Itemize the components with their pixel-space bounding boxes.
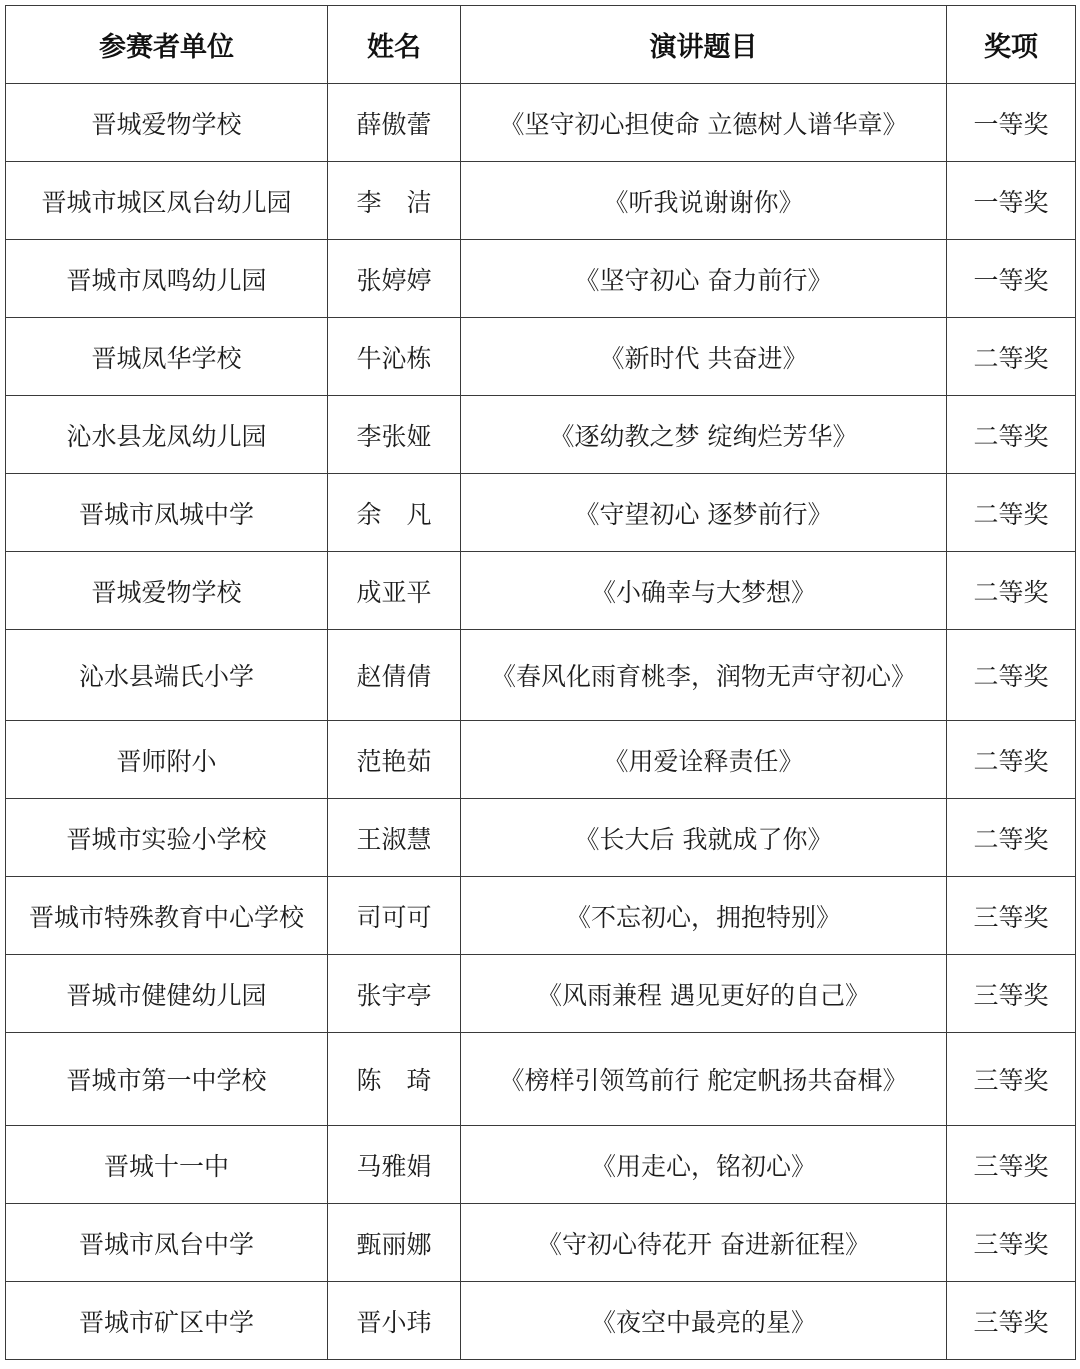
- award-cell: 三等奖: [947, 1033, 1076, 1126]
- title-cell: 《春风化雨育桃李，润物无声守初心》: [461, 630, 947, 721]
- table-row: 晋城市健健幼儿园 张宇亭 《风雨兼程 遇见更好的自己》 三等奖: [6, 955, 1076, 1033]
- table-row: 晋城爱物学校 薛傲蕾 《坚守初心担使命 立德树人谱华章》 一等奖: [6, 84, 1076, 162]
- award-cell: 二等奖: [947, 396, 1076, 474]
- table-row: 沁水县龙凤幼儿园 李张娅 《逐幼教之梦 绽绚烂芳华》 二等奖: [6, 396, 1076, 474]
- unit-cell: 沁水县端氏小学: [6, 630, 328, 721]
- unit-cell: 晋城爱物学校: [6, 84, 328, 162]
- unit-cell: 沁水县龙凤幼儿园: [6, 396, 328, 474]
- name-cell: 李 洁: [328, 162, 461, 240]
- table-row: 沁水县端氏小学 赵倩倩 《春风化雨育桃李，润物无声守初心》 二等奖: [6, 630, 1076, 721]
- unit-cell: 晋城市凤鸣幼儿园: [6, 240, 328, 318]
- name-cell: 张婷婷: [328, 240, 461, 318]
- name-cell: 范艳茹: [328, 721, 461, 799]
- award-cell: 一等奖: [947, 84, 1076, 162]
- name-cell: 赵倩倩: [328, 630, 461, 721]
- name-cell: 司可可: [328, 877, 461, 955]
- award-cell: 二等奖: [947, 552, 1076, 630]
- name-cell: 牛沁栋: [328, 318, 461, 396]
- title-cell: 《守望初心 逐梦前行》: [461, 474, 947, 552]
- table-row: 晋城市凤台中学 甄丽娜 《守初心待花开 奋进新征程》 三等奖: [6, 1204, 1076, 1282]
- name-cell: 成亚平: [328, 552, 461, 630]
- name-cell: 晋小玮: [328, 1282, 461, 1360]
- name-cell: 马雅娟: [328, 1126, 461, 1204]
- award-cell: 二等奖: [947, 721, 1076, 799]
- title-cell: 《用走心，铭初心》: [461, 1126, 947, 1204]
- table-row: 晋城市实验小学校 王淑慧 《长大后 我就成了你》 二等奖: [6, 799, 1076, 877]
- unit-cell: 晋城市第一中学校: [6, 1033, 328, 1126]
- title-cell: 《不忘初心，拥抱特别》: [461, 877, 947, 955]
- title-cell: 《用爱诠释责任》: [461, 721, 947, 799]
- award-cell: 二等奖: [947, 799, 1076, 877]
- unit-cell: 晋城市实验小学校: [6, 799, 328, 877]
- title-cell: 《坚守初心 奋力前行》: [461, 240, 947, 318]
- unit-cell: 晋城市健健幼儿园: [6, 955, 328, 1033]
- award-cell: 三等奖: [947, 955, 1076, 1033]
- title-cell: 《坚守初心担使命 立德树人谱华章》: [461, 84, 947, 162]
- table-row: 晋城市凤鸣幼儿园 张婷婷 《坚守初心 奋力前行》 一等奖: [6, 240, 1076, 318]
- unit-cell: 晋城市矿区中学: [6, 1282, 328, 1360]
- name-cell: 薛傲蕾: [328, 84, 461, 162]
- unit-cell: 晋城市凤台中学: [6, 1204, 328, 1282]
- name-cell: 余 凡: [328, 474, 461, 552]
- award-cell: 三等奖: [947, 1126, 1076, 1204]
- title-cell: 《新时代 共奋进》: [461, 318, 947, 396]
- table-row: 晋城凤华学校 牛沁栋 《新时代 共奋进》 二等奖: [6, 318, 1076, 396]
- award-cell: 三等奖: [947, 1282, 1076, 1360]
- award-cell: 二等奖: [947, 474, 1076, 552]
- table-row: 晋师附小 范艳茹 《用爱诠释责任》 二等奖: [6, 721, 1076, 799]
- unit-cell: 晋师附小: [6, 721, 328, 799]
- unit-cell: 晋城市城区凤台幼儿园: [6, 162, 328, 240]
- award-cell: 二等奖: [947, 630, 1076, 721]
- title-cell: 《听我说谢谢你》: [461, 162, 947, 240]
- header-name: 姓名: [328, 6, 461, 84]
- award-cell: 三等奖: [947, 877, 1076, 955]
- unit-cell: 晋城市凤城中学: [6, 474, 328, 552]
- name-cell: 王淑慧: [328, 799, 461, 877]
- award-cell: 二等奖: [947, 318, 1076, 396]
- table-row: 晋城市特殊教育中心学校 司可可 《不忘初心，拥抱特别》 三等奖: [6, 877, 1076, 955]
- header-row: 参赛者单位 姓名 演讲题目 奖项: [6, 6, 1076, 84]
- title-cell: 《风雨兼程 遇见更好的自己》: [461, 955, 947, 1033]
- header-unit: 参赛者单位: [6, 6, 328, 84]
- header-title: 演讲题目: [461, 6, 947, 84]
- title-cell: 《长大后 我就成了你》: [461, 799, 947, 877]
- name-cell: 李张娅: [328, 396, 461, 474]
- award-cell: 一等奖: [947, 162, 1076, 240]
- name-cell: 陈 琦: [328, 1033, 461, 1126]
- title-cell: 《榜样引领笃前行 舵定帆扬共奋楫》: [461, 1033, 947, 1126]
- unit-cell: 晋城十一中: [6, 1126, 328, 1204]
- title-cell: 《夜空中最亮的星》: [461, 1282, 947, 1360]
- table-row: 晋城市矿区中学 晋小玮 《夜空中最亮的星》 三等奖: [6, 1282, 1076, 1360]
- unit-cell: 晋城市特殊教育中心学校: [6, 877, 328, 955]
- unit-cell: 晋城凤华学校: [6, 318, 328, 396]
- award-cell: 一等奖: [947, 240, 1076, 318]
- title-cell: 《小确幸与大梦想》: [461, 552, 947, 630]
- unit-cell: 晋城爱物学校: [6, 552, 328, 630]
- award-cell: 三等奖: [947, 1204, 1076, 1282]
- title-cell: 《守初心待花开 奋进新征程》: [461, 1204, 947, 1282]
- awards-table: 参赛者单位 姓名 演讲题目 奖项 晋城爱物学校 薛傲蕾 《坚守初心担使命 立德树…: [5, 5, 1076, 1360]
- table-row: 晋城市第一中学校 陈 琦 《榜样引领笃前行 舵定帆扬共奋楫》 三等奖: [6, 1033, 1076, 1126]
- table-row: 晋城爱物学校 成亚平 《小确幸与大梦想》 二等奖: [6, 552, 1076, 630]
- table-row: 晋城十一中 马雅娟 《用走心，铭初心》 三等奖: [6, 1126, 1076, 1204]
- table-row: 晋城市凤城中学 余 凡 《守望初心 逐梦前行》 二等奖: [6, 474, 1076, 552]
- title-cell: 《逐幼教之梦 绽绚烂芳华》: [461, 396, 947, 474]
- table-row: 晋城市城区凤台幼儿园 李 洁 《听我说谢谢你》 一等奖: [6, 162, 1076, 240]
- name-cell: 张宇亭: [328, 955, 461, 1033]
- name-cell: 甄丽娜: [328, 1204, 461, 1282]
- header-award: 奖项: [947, 6, 1076, 84]
